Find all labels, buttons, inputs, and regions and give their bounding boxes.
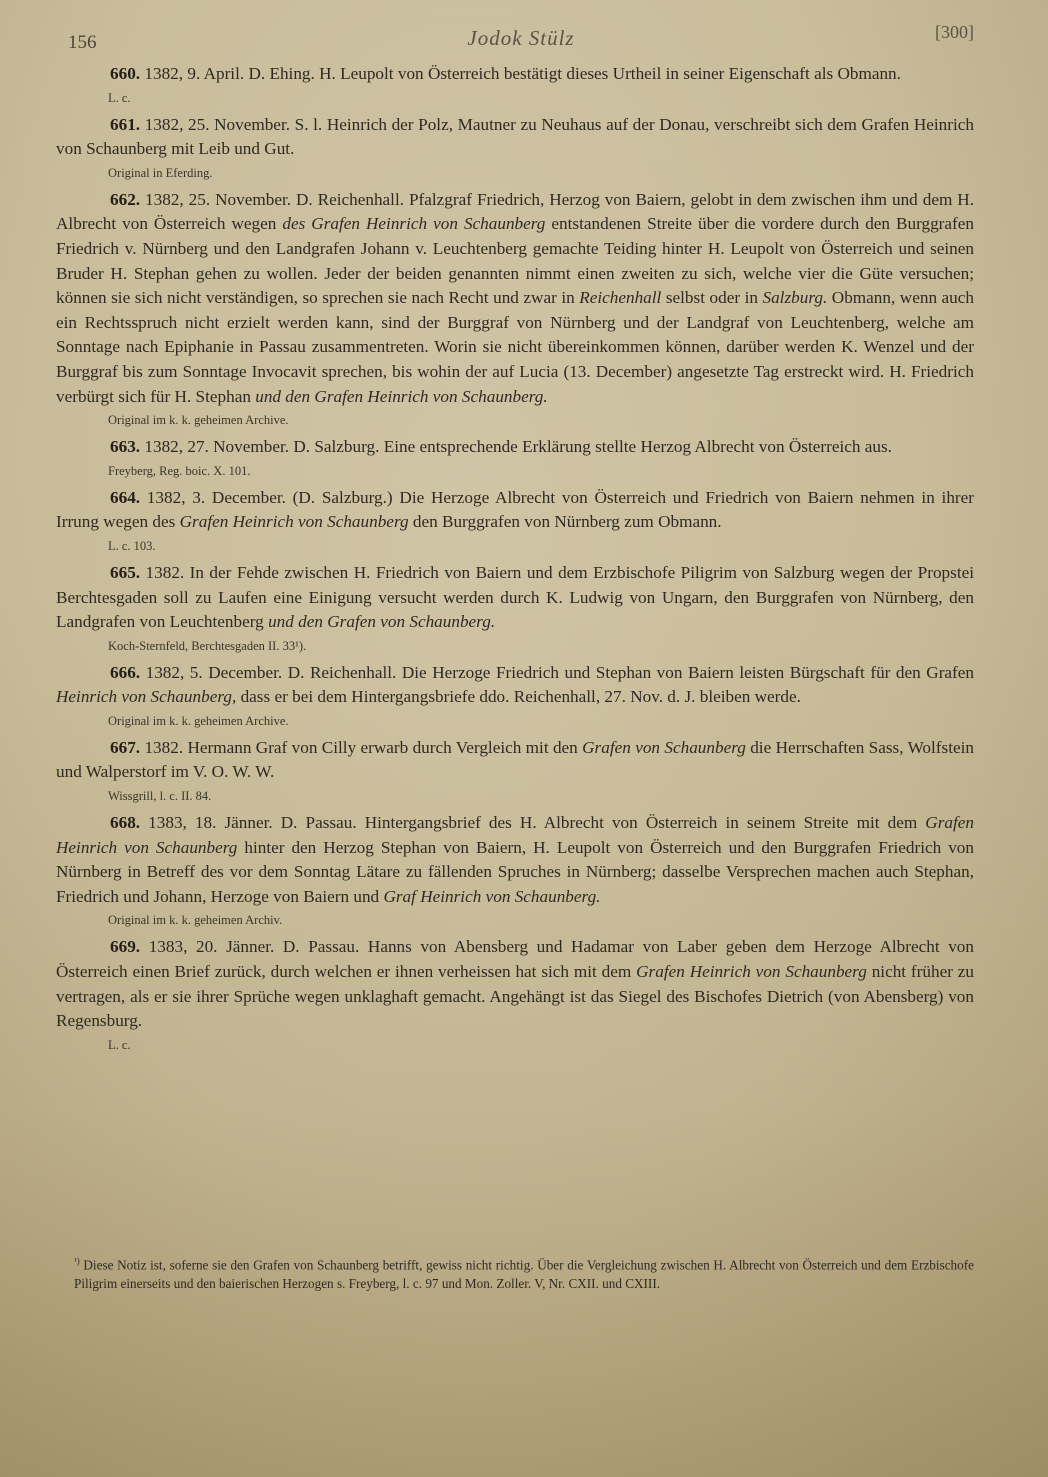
entry-text-segment: selbst oder in [661,288,762,307]
entry-source: Original in Eferding. [56,162,974,184]
entry-text-segment: 1382. Hermann Graf von Cilly erwarb durc… [140,738,582,757]
book-page: 156 Jodok Stülz [300] 660. 1382, 9. Apri… [0,0,1048,1477]
entry-text: 660. 1382, 9. April. D. Ehing. H. Leupol… [56,62,974,87]
regest-entry: 660. 1382, 9. April. D. Ehing. H. Leupol… [56,62,974,109]
entry-text: 668. 1383, 18. Jänner. D. Passau. Hinter… [56,811,974,909]
entry-number: 661. [110,115,140,134]
footnote-text: Diese Notiz ist, soferne sie den Grafen … [74,1257,974,1291]
entry-number: 668. [110,813,140,832]
regest-entry: 668. 1383, 18. Jänner. D. Passau. Hinter… [56,811,974,931]
entry-text: 662. 1382, 25. November. D. Reichenhall.… [56,188,974,409]
entry-text-segment: 1382, 27. November. D. Salzburg. Eine en… [140,437,892,456]
footnote-marker: ¹) [74,1256,80,1266]
entry-number: 665. [110,563,140,582]
entry-text: 664. 1382, 3. December. (D. Salzburg.) D… [56,486,974,535]
entry-number: 669. [110,937,140,956]
italic-name: und den Grafen von Schaunberg. [268,612,495,631]
entry-source: Koch-Sternfeld, Berchtesgaden II. 33¹). [56,635,974,657]
entry-text-segment: 1382, 5. December. D. Reichenhall. Die H… [140,663,974,682]
entry-source: Original im k. k. geheimen Archiv. [56,909,974,931]
entry-text-segment: 1382, 25. November. S. l. Heinrich der P… [56,115,974,159]
regest-entry: 667. 1382. Hermann Graf von Cilly erwarb… [56,736,974,807]
entry-number: 667. [110,738,140,757]
italic-name: Grafen Heinrich von Schaunberg [636,962,867,981]
entry-source: L. c. [56,87,974,109]
original-page-number: [300] [935,22,974,43]
entry-text: 661. 1382, 25. November. S. l. Heinrich … [56,113,974,162]
italic-name: und den Grafen Heinrich von Schaunberg. [255,387,547,406]
entry-text: 665. 1382. In der Fehde zwischen H. Frie… [56,561,974,635]
entry-number: 662. [110,190,140,209]
italic-name: des Grafen Heinrich von Schaunberg [282,214,545,233]
entry-text-segment: den Burggrafen von Nürnberg zum Obmann. [409,512,722,531]
italic-name: Reichenhall [579,288,661,307]
entry-text-segment: 1382, 9. April. D. Ehing. H. Leupolt von… [140,64,901,83]
regest-entry: 665. 1382. In der Fehde zwischen H. Frie… [56,561,974,657]
footnote: ¹) Diese Notiz ist, soferne sie den Graf… [74,1252,974,1293]
running-title: Jodok Stülz [68,26,974,51]
entry-number: 660. [110,64,140,83]
entry-source: L. c. [56,1034,974,1056]
entry-source: Wissgrill, l. c. II. 84. [56,785,974,807]
entry-text: 669. 1383, 20. Jänner. D. Passau. Hanns … [56,935,974,1033]
entry-text-segment: 1382. In der Fehde zwischen H. Friedrich… [56,563,974,631]
italic-name: Grafen Heinrich von Schaunberg [180,512,409,531]
regest-entry: 669. 1383, 20. Jänner. D. Passau. Hanns … [56,935,974,1055]
entry-text-segment: dass er bei dem Hintergangsbriefe ddo. R… [236,687,801,706]
italic-name: Salzburg. [762,288,827,307]
entry-source: Original im k. k. geheimen Archive. [56,710,974,732]
entry-text: 667. 1382. Hermann Graf von Cilly erwarb… [56,736,974,785]
regest-entry: 661. 1382, 25. November. S. l. Heinrich … [56,113,974,184]
regest-entry: 663. 1382, 27. November. D. Salzburg. Ei… [56,435,974,482]
entry-source: Freyberg, Reg. boic. X. 101. [56,460,974,482]
regest-entry: 666. 1382, 5. December. D. Reichenhall. … [56,661,974,732]
italic-name: Grafen von Schaunberg [582,738,746,757]
entry-source: Original im k. k. geheimen Archive. [56,409,974,431]
entry-text-segment: 1383, 18. Jänner. D. Passau. Hintergangs… [140,813,925,832]
entry-number: 666. [110,663,140,682]
page-header: 156 Jodok Stülz [300] [68,22,974,52]
entry-number: 664. [110,488,140,507]
regest-entry: 662. 1382, 25. November. D. Reichenhall.… [56,188,974,431]
regesta-entries: 660. 1382, 9. April. D. Ehing. H. Leupol… [56,62,974,1060]
entry-text: 663. 1382, 27. November. D. Salzburg. Ei… [56,435,974,460]
entry-text: 666. 1382, 5. December. D. Reichenhall. … [56,661,974,710]
regest-entry: 664. 1382, 3. December. (D. Salzburg.) D… [56,486,974,557]
italic-name: Heinrich von Schaunberg, [56,687,236,706]
entry-source: L. c. 103. [56,535,974,557]
entry-number: 663. [110,437,140,456]
italic-name: Graf Heinrich von Schaunberg. [383,887,600,906]
